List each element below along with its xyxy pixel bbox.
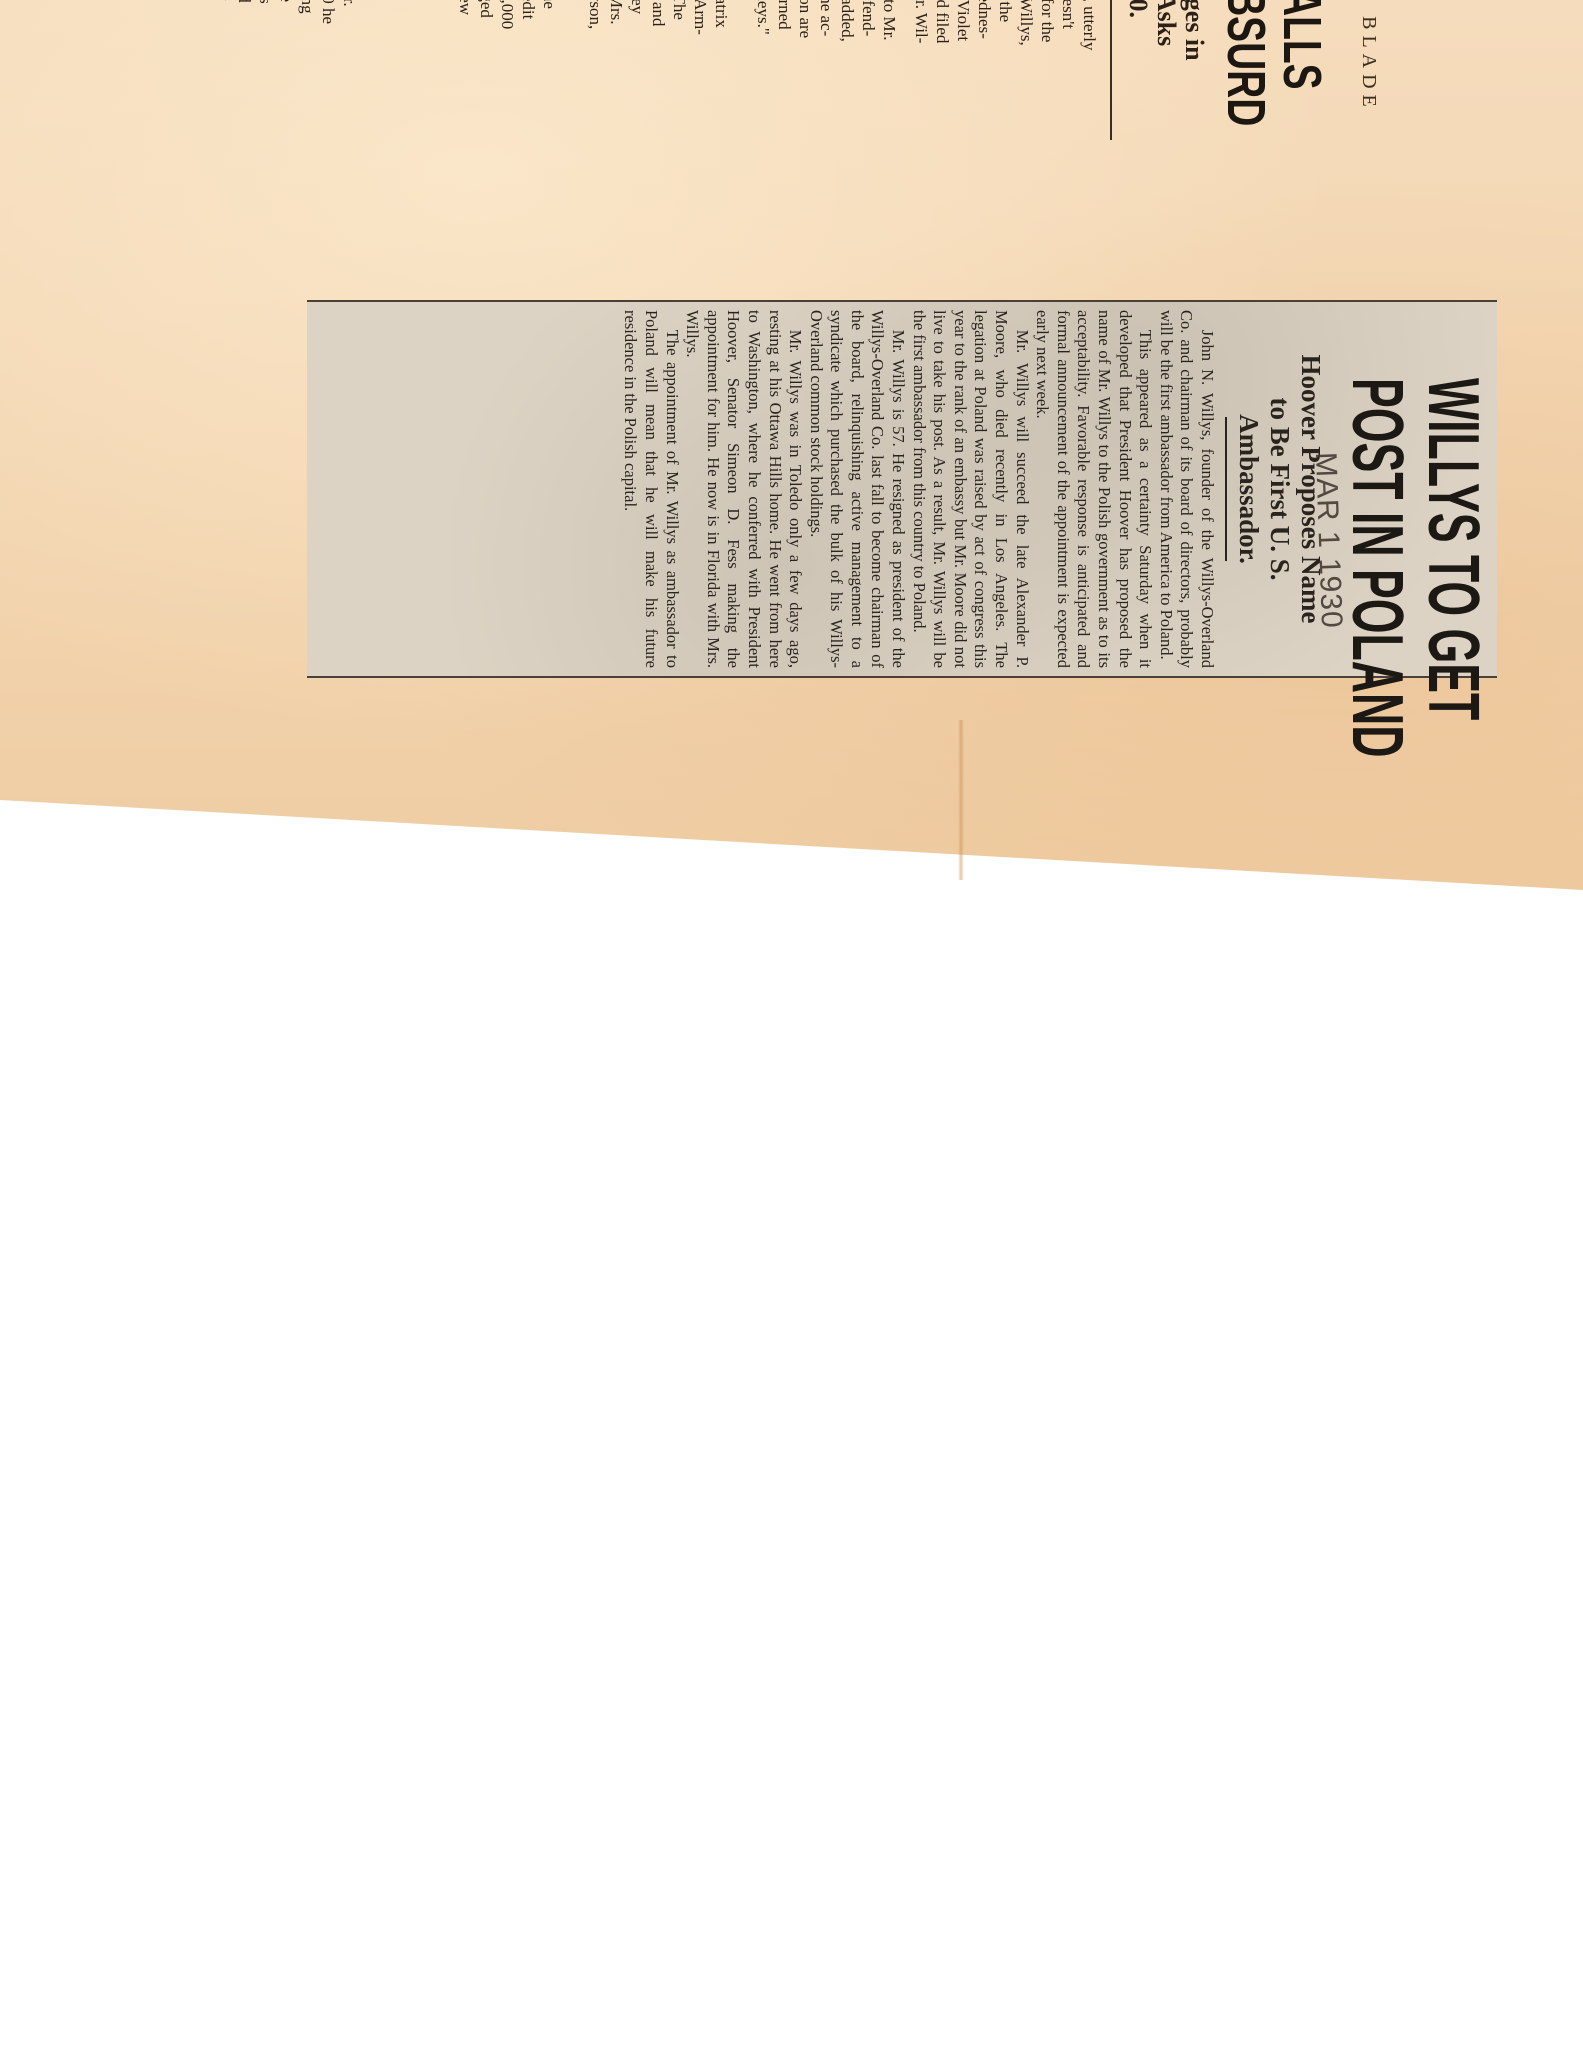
text-line: or Mrs. [0,0,5,140]
text-line: ys, that [26,0,47,140]
text-line: Vall. The [276,0,297,140]
article-paragraph: This appeared as a certainty Saturday wh… [1032,310,1156,668]
date-stamp: MAR 1 1930 [1308,451,1348,629]
text-line: oney was [255,0,276,140]
headline-line-1: WILLYS TO GET [1415,378,1491,600]
text-line: The pa- [192,0,213,140]
text-line: uncing the ac- [816,0,837,140]
text-line: 1930 and [234,0,255,140]
upper-text-column: diculous, utterlyn and doesn'tl except f… [911,0,1100,140]
paper-fold-stain [958,720,964,880]
text-line: s withdrew [455,0,476,140]
clipping-headline: WILLYS TO GET POST IN POLAND [1339,378,1491,600]
article-paragraph: Mr. Willys will succeed the late Alexand… [908,310,1032,668]
clipping-headline-block: WILLYS TO GET POST IN POLAND [1326,310,1491,668]
upper-clipping: 933 EDO BLADE CALLS ABSURD Charges in hi… [0,0,1440,200]
text-line: still un- [171,0,192,140]
text-line: . Willys added, [837,0,858,140]
text-line: ecretary to Mr. [879,0,900,140]
text-line: I have turned [774,0,795,140]
text-line: cisco, had filed [932,0,953,140]
text-line: s a co-defend- [858,0,879,140]
text-line: $250,000 he [318,0,339,140]
article-paragraph: Mr. Willys is 57. He resigned as preside… [805,310,908,668]
article-paragraph: John N. Willys, founder of the Willys-Ov… [1155,310,1217,668]
text-line: dministratrix [711,0,732,140]
upper-headline-line-2: ABSURD [1218,0,1274,90]
text-line: of attorney [627,0,648,140]
text-line: n and doesn't [1058,0,1079,140]
text-line: nounced [68,0,89,140]
text-line: g that Mr. [339,0,360,140]
text-line: d [413,0,434,140]
upper-text-column: ecretary to Mr.s a co-defend-. Willys ad… [585,0,900,140]
article-body: John N. Willys, founder of the Willys-Ov… [620,310,1217,668]
text-line: asserts. The [669,0,690,140]
text-line: board of the [995,0,1016,140]
news-clipping-willys: WILLYS TO GET POST IN POLAND MAR 1 1930 … [307,300,1497,678]
upper-subhead-line: 00,000. [1124,0,1152,140]
upper-clipping-content: 933 EDO BLADE CALLS ABSURD Charges in hi… [0,0,1440,140]
text-line: gainst Mr. Wil- [911,0,932,140]
article-paragraph: Mr. Willys was in Toledo only a few days… [682,310,806,668]
column-rule [1110,0,1112,140]
upper-subhead-line: Charges in [1180,0,1208,140]
subhead-line-3: Ambassador. [1233,310,1264,668]
headline-line-2: POST IN POLAND [1339,378,1415,600]
text-line: ny attorneys." [753,0,774,140]
text-line: John N. Willys, [1016,0,1037,140]
upper-subhead-line: hich Asks [1152,0,1180,140]
text-line: . Willys [5,0,26,140]
upper-subhead: Charges in hich Asks 00,000. [1124,0,1208,140]
text-line: Estate [732,0,753,140]
upper-text-column: Mr. Wil-nouncedchargesys, that. Willysor… [0,0,110,140]
text-line: charges [47,0,68,140]
text-line: es that the [539,0,560,140]
upper-text-column: es that thehad a creditn $1,000,000and a… [413,0,560,140]
article-paragraph: The appointment of Mr. Willys as ambassa… [620,310,682,668]
text-line: diculous, utterly [1079,0,1100,140]
text-line: o & Rawson, [585,0,606,140]
text-line: ount of Mrs. [606,0,627,140]
text-line: Armstrong [297,0,318,140]
newspaper-masthead: EDO BLADE [1357,0,1380,136]
text-line: for Mrs. Violet [953,0,974,140]
text-line: Carolyn Arm- [690,0,711,140]
text-line: had a credit [518,0,539,140]
text-line: , said Wednes- [974,0,995,140]
text-line: n $1,000,000 [497,0,518,140]
text-line: rted it to [434,0,455,140]
text-line: l except for the [1037,0,1058,140]
text-line: r. Willys and [648,0,669,140]
subhead-separator [1225,417,1227,560]
upper-headline: CALLS ABSURD [1218,0,1330,90]
text-line: and alleged [476,0,497,140]
text-line: ng petition are [795,0,816,140]
upper-headline-line-1: CALLS [1274,0,1330,90]
subhead-line-2: to Be First U. S. [1264,310,1295,668]
upper-text-column: g that Mr.$250,000 heArmstrongVall. Theo… [171,0,360,140]
text-line: se to pay [213,0,234,140]
text-line: Mr. Wil- [89,0,110,140]
